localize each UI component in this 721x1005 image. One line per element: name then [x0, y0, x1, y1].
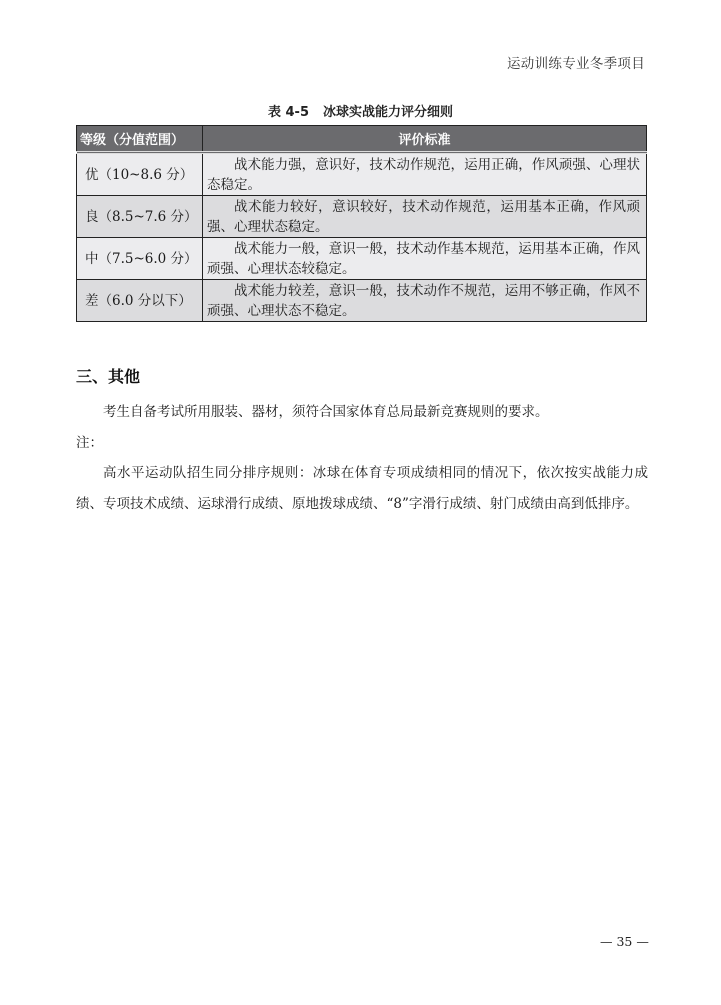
table-caption-number: 表 4-5 [268, 105, 309, 120]
note-label: 注： [76, 428, 648, 459]
table-caption: 表 4-5冰球实战能力评分细则 [0, 101, 721, 120]
grade-cell: 优（10~8.6 分） [77, 153, 203, 196]
column-header-grade: 等级（分值范围） [77, 126, 203, 153]
criteria-cell: 战术能力较差，意识一般，技术动作不规范，运用不够正确，作风不顽强、心理状态不稳定… [203, 280, 647, 322]
grading-table: 等级（分值范围） 评价标准 优（10~8.6 分） 战术能力强，意识好，技术动作… [76, 125, 647, 322]
criteria-cell: 战术能力强，意识好，技术动作规范，运用正确，作风顽强、心理状态稳定。 [203, 153, 647, 196]
section-heading: 三、其他 [76, 364, 140, 387]
criteria-cell: 战术能力较好，意识较好，技术动作规范，运用基本正确，作风顽强、心理状态稳定。 [203, 196, 647, 238]
table-row: 中（7.5~6.0 分） 战术能力一般，意识一般，技术动作基本规范，运用基本正确… [77, 238, 647, 280]
grade-cell: 良（8.5~7.6 分） [77, 196, 203, 238]
equipment-paragraph: 考生自备考试所用服装、器材，须符合国家体育总局最新竞赛规则的要求。 [76, 397, 648, 428]
column-header-criteria: 评价标准 [203, 126, 647, 153]
table-caption-title: 冰球实战能力评分细则 [323, 105, 453, 120]
table-row: 差（6.0 分以下） 战术能力较差，意识一般，技术动作不规范，运用不够正确，作风… [77, 280, 647, 322]
running-header: 运动训练专业冬季项目 [507, 52, 645, 72]
criteria-cell: 战术能力一般，意识一般，技术动作基本规范，运用基本正确，作风顽强、心理状态较稳定… [203, 238, 647, 280]
table-row: 良（8.5~7.6 分） 战术能力较好，意识较好，技术动作规范，运用基本正确，作… [77, 196, 647, 238]
table-header-row: 等级（分值范围） 评价标准 [77, 126, 647, 153]
tie-break-paragraph: 高水平运动队招生同分排序规则：冰球在体育专项成绩相同的情况下，依次按实战能力成绩… [76, 458, 648, 520]
table-row: 优（10~8.6 分） 战术能力强，意识好，技术动作规范，运用正确，作风顽强、心… [77, 153, 647, 196]
grade-cell: 差（6.0 分以下） [77, 280, 203, 322]
page-number: — 35 — [600, 934, 649, 949]
grade-cell: 中（7.5~6.0 分） [77, 238, 203, 280]
